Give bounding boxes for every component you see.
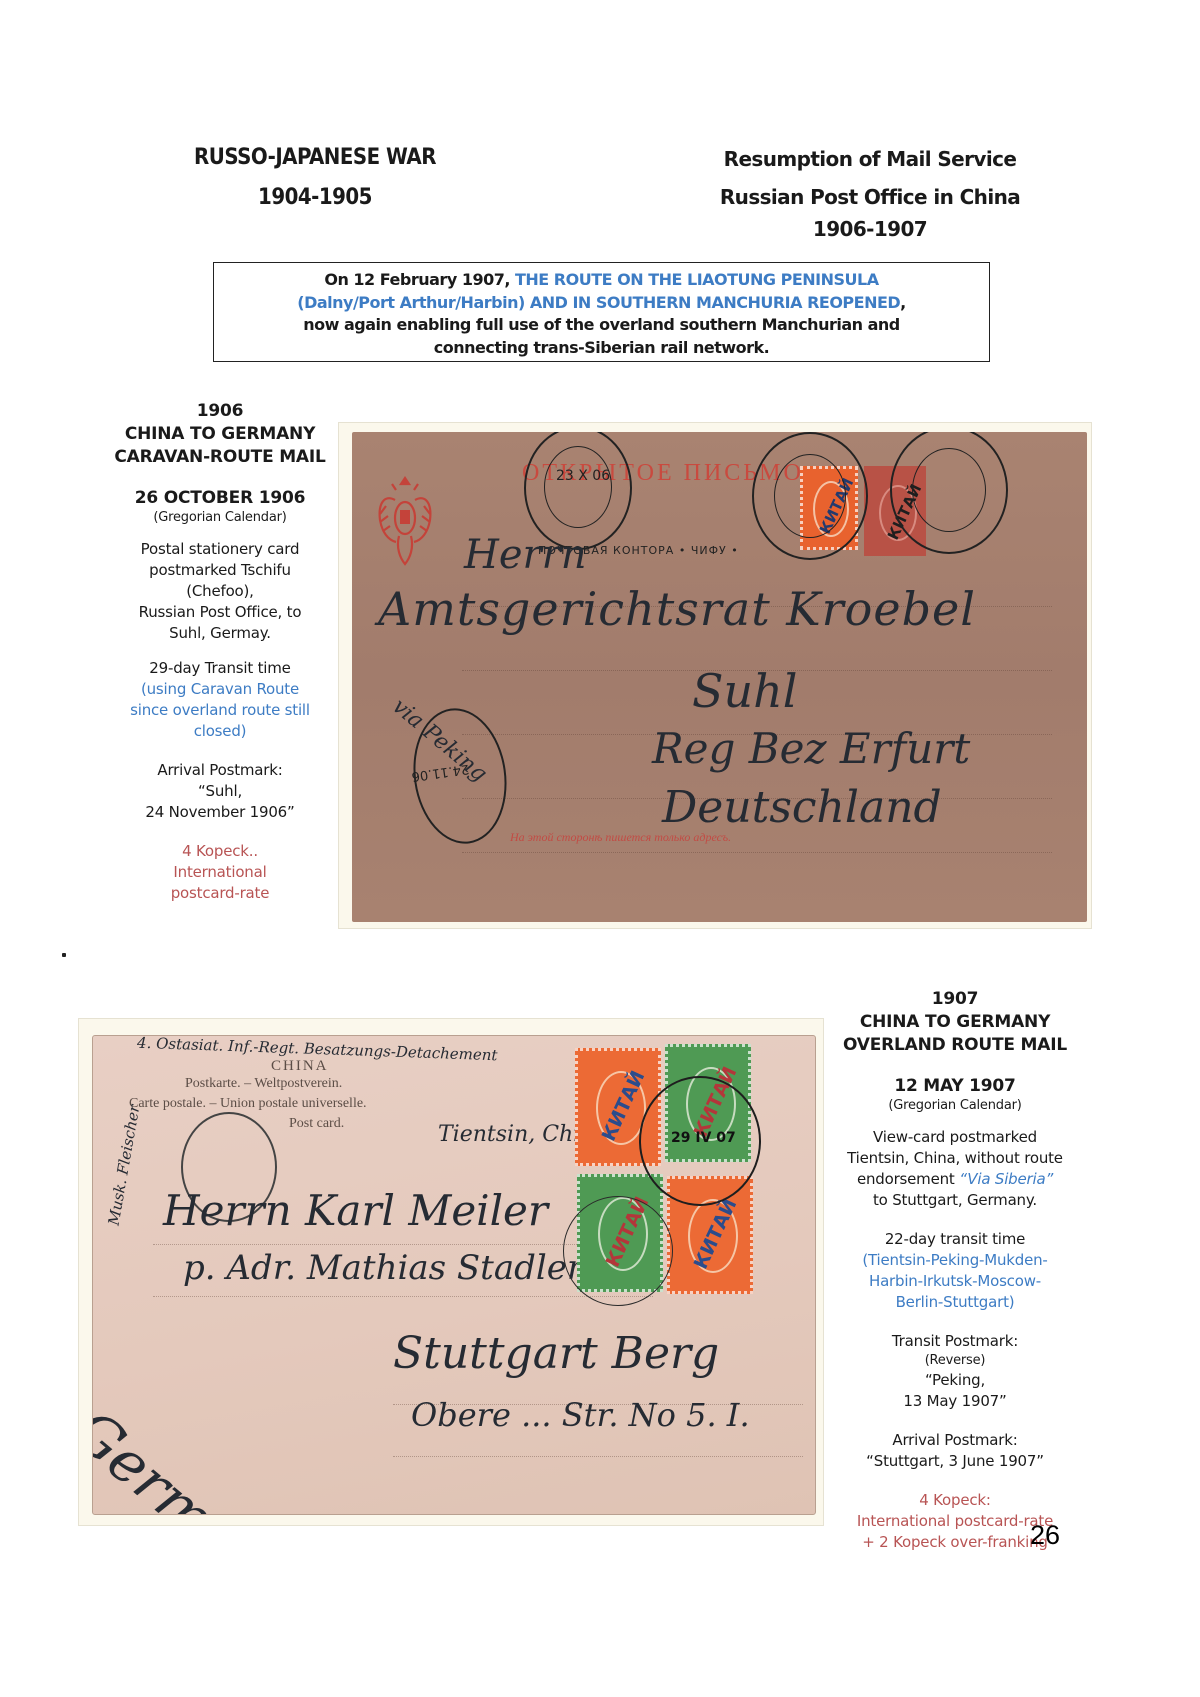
- notice-box: On 12 February 1907, THE ROUTE ON THE LI…: [213, 262, 990, 362]
- sender-name-note: Musk. Fleischer: [105, 1103, 144, 1226]
- exhibit-header-right: Resumption of Mail Service Russian Post …: [700, 140, 1040, 242]
- printed-china: CHINA: [271, 1058, 329, 1075]
- item1-rate: 4 Kopeck..: [100, 841, 340, 862]
- item1-rate: International: [100, 862, 340, 883]
- item2-description: 1907 CHINA TO GERMANY OVERLAND ROUTE MAI…: [830, 988, 1080, 1553]
- item2-transit-note: Harbin-Irkutsk-Moscow-: [830, 1271, 1080, 1292]
- item2-desc-line: endorsement: [857, 1170, 959, 1188]
- item1-desc-line: postmarked Tschifu: [100, 560, 340, 581]
- item2-desc-line: Tientsin, China, without route: [830, 1148, 1080, 1169]
- item1-arrival-label: Arrival Postmark:: [100, 760, 340, 781]
- item2-date: 12 MAY 1907: [830, 1075, 1080, 1097]
- address-line: Deutschland: [662, 782, 942, 833]
- item1-arrival: “Suhl,: [100, 781, 340, 802]
- item1-year: 1906: [100, 400, 340, 423]
- item1-desc-line: Russian Post Office, to: [100, 602, 340, 623]
- item1-route-1: CHINA TO GERMANY: [100, 423, 340, 446]
- imperial-eagle-icon: [374, 470, 436, 570]
- notice-line-3: now again enabling full use of the overl…: [214, 314, 989, 337]
- item2-arrival: “Stuttgart, 3 June 1907”: [830, 1451, 1080, 1472]
- item1-desc-line: Suhl, Germay.: [100, 623, 340, 644]
- item2-rate: 4 Kopeck:: [830, 1490, 1080, 1511]
- item1-arrival: 24 November 1906”: [100, 802, 340, 823]
- address-line: Suhl: [692, 664, 797, 718]
- item2-year: 1907: [830, 988, 1080, 1011]
- speck: [62, 953, 66, 957]
- page-number: 26: [1030, 1520, 1060, 1551]
- address-line: Herrn: [464, 532, 587, 578]
- printed-postkarte: Postkarte. – Weltpostverein.: [185, 1076, 342, 1092]
- printed-carte-postale: Carte postale. – Union postale universel…: [129, 1096, 367, 1112]
- notice-highlight-2: (Dalny/Port Arthur/Harbin) AND IN SOUTHE…: [297, 293, 900, 312]
- item2-transit-pm: 13 May 1907”: [830, 1391, 1080, 1412]
- exhibit-years: 1904-1905: [150, 178, 480, 218]
- exhibit-title: RUSSO-JAPANESE WAR: [150, 138, 480, 178]
- address-line: Herrn Karl Meiler: [163, 1186, 548, 1235]
- item1-desc-line: Postal stationery card: [100, 539, 340, 560]
- view-card-1907: CHINA Postkarte. – Weltpostverein. Carte…: [92, 1035, 816, 1515]
- tschifu-postmark: [752, 432, 868, 560]
- item2-route-1: CHINA TO GERMANY: [830, 1011, 1080, 1034]
- address-line: p. Adr. Mathias Stadler: [183, 1248, 583, 1288]
- item2-transit-pm-label: Transit Postmark:: [830, 1331, 1080, 1352]
- tientsin-stamp-postmark-2: [563, 1196, 673, 1306]
- item2-desc-line: to Stuttgart, Germany.: [830, 1190, 1080, 1211]
- postmark-date: 29 IV 07: [671, 1130, 736, 1146]
- section-subtitle: Russian Post Office in China: [700, 178, 1040, 216]
- item1-transit-note: since overland route still: [100, 700, 340, 721]
- address-line: Reg Bez Erfurt: [652, 724, 970, 773]
- item1-calendar: (Gregorian Calendar): [100, 509, 340, 527]
- item2-arrival-label: Arrival Postmark:: [830, 1430, 1080, 1451]
- item2-calendar: (Gregorian Calendar): [830, 1097, 1080, 1115]
- postal-stationery-card-1906: ОТКРЫТОЕ ПИСЬМО КИТАЙ КИТАЙ 23 X 06 ПОЧТ…: [352, 432, 1087, 922]
- tientsin-stamp-postmark: 29 IV 07: [639, 1076, 761, 1206]
- notice-intro: On 12 February 1907,: [324, 270, 515, 289]
- notice-highlight-1: THE ROUTE ON THE LIAOTUNG PENINSULA: [515, 270, 879, 289]
- notice-comma: ,: [900, 293, 906, 312]
- notice-line-4: connecting trans-Siberian rail network.: [214, 337, 989, 360]
- section-years: 1906-1907: [700, 216, 1040, 242]
- item1-rate: postcard-rate: [100, 883, 340, 904]
- address-line: Stuttgart Berg: [393, 1328, 719, 1379]
- item2-route-2: OVERLAND ROUTE MAIL: [830, 1034, 1080, 1057]
- item1-desc-line: (Chefoo),: [100, 581, 340, 602]
- postmark-date: 23 X 06: [556, 468, 610, 484]
- destination-germany: Germany: [92, 1396, 308, 1515]
- item1-description: 1906 CHINA TO GERMANY CARAVAN-ROUTE MAIL…: [100, 400, 340, 904]
- item2-transit: 22-day transit time: [830, 1229, 1080, 1250]
- item1-date: 26 OCTOBER 1906: [100, 487, 340, 509]
- address-line: Amtsgerichtsrat Kroebel: [378, 582, 976, 636]
- tschifu-postmark: [890, 432, 1008, 554]
- item1-transit: 29-day Transit time: [100, 658, 340, 679]
- item2-transit-note: (Tientsin-Peking-Mukden-: [830, 1250, 1080, 1271]
- item1-route-2: CARAVAN-ROUTE MAIL: [100, 446, 340, 469]
- via-siberia-endorsement: “Via Siberia”: [959, 1170, 1053, 1188]
- exhibit-header-left: RUSSO-JAPANESE WAR 1904-1905: [150, 138, 480, 218]
- item1-transit-note: (using Caravan Route: [100, 679, 340, 700]
- item2-desc-line: View-card postmarked: [830, 1127, 1080, 1148]
- item1-transit-note: closed): [100, 721, 340, 742]
- item2-transit-note: Berlin-Stuttgart): [830, 1292, 1080, 1313]
- printed-post-card: Post card.: [289, 1116, 344, 1132]
- address-line: Obere ... Str. No 5. I.: [411, 1396, 750, 1434]
- item2-transit-pm: “Peking,: [830, 1370, 1080, 1391]
- card1-printed-footer: На этой сторонѣ пишется только адресъ.: [510, 830, 731, 845]
- section-title: Resumption of Mail Service: [700, 140, 1040, 178]
- item2-transit-pm: (Reverse): [830, 1352, 1080, 1370]
